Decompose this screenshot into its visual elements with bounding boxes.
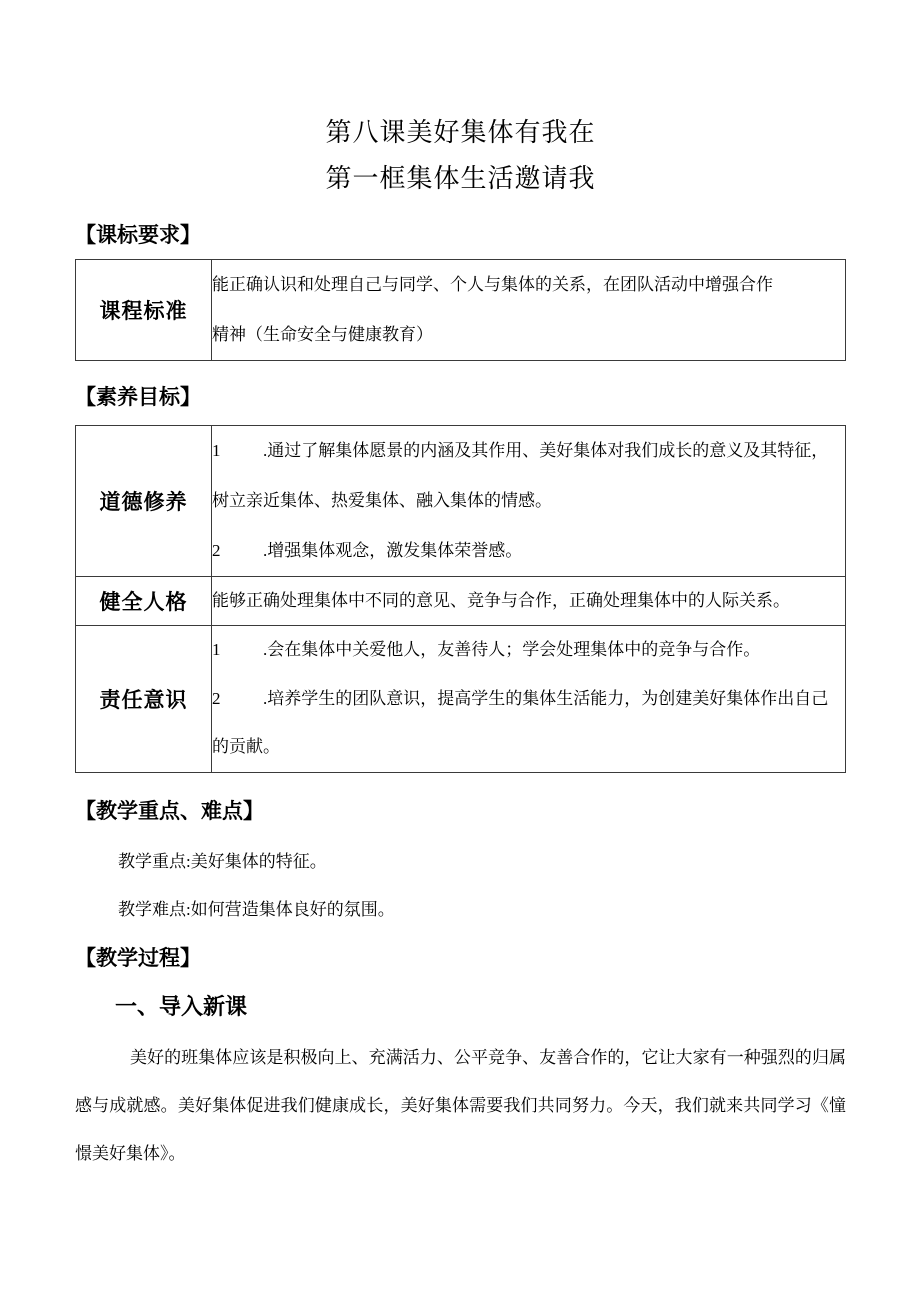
row-content-curriculum-standard: 能正确认识和处理自己与同学、个人与集体的关系，在团队活动中增强合作 精神（生命安…	[212, 260, 846, 361]
curriculum-standard-table: 课程标准 能正确认识和处理自己与同学、个人与集体的关系，在团队活动中增强合作 精…	[75, 259, 846, 361]
row-content-sound-personality: 能够正确处理集体中不同的意见、竞争与合作，正确处理集体中的人际关系。	[212, 577, 846, 626]
table-row: 责任意识 1 .会在集体中关爱他人，友善待人；学会处理集体中的竞争与合作。 2 …	[76, 626, 846, 773]
cell-line: 能够正确处理集体中不同的意见、竞争与合作，正确处理集体中的人际关系。	[212, 589, 845, 613]
row-content-moral-cultivation: 1 .通过了解集体愿景的内涵及其作用、美好集体对我们成长的意义及其特征， 树立亲…	[212, 426, 846, 577]
paragraph-line: 憬美好集体》。	[75, 1130, 846, 1178]
teaching-point-line: 教学重点:美好集体的特征。	[118, 838, 846, 886]
literacy-goals-table: 道德修养 1 .通过了解集体愿景的内涵及其作用、美好集体对我们成长的意义及其特征…	[75, 425, 846, 773]
document-page: 第八课美好集体有我在 第一框集体生活邀请我 【课标要求】 课程标准 能正确认识和…	[0, 0, 920, 1301]
paragraph-line: 感与成就感。美好集体促进我们健康成长，美好集体需要我们共同努力。今天，我们就来共…	[75, 1082, 846, 1130]
table-row: 道德修养 1 .通过了解集体愿景的内涵及其作用、美好集体对我们成长的意义及其特征…	[76, 426, 846, 577]
section-heading-curriculum: 【课标要求】	[75, 222, 846, 250]
row-content-responsibility: 1 .会在集体中关爱他人，友善待人；学会处理集体中的竞争与合作。 2 .培养学生…	[212, 626, 846, 773]
intro-paragraph: 美好的班集体应该是积极向上、充满活力、公平竞争、友善合作的，它让大家有一种强烈的…	[75, 1034, 846, 1178]
table-row: 健全人格 能够正确处理集体中不同的意见、竞争与合作，正确处理集体中的人际关系。	[76, 577, 846, 626]
cell-line: 的贡献。	[212, 723, 845, 772]
doc-title-line-2: 第一框集体生活邀请我	[75, 156, 846, 202]
step-one-heading: 一、导入新课	[115, 993, 846, 1021]
cell-line: 1 .通过了解集体愿景的内涵及其作用、美好集体对我们成长的意义及其特征，	[212, 426, 845, 476]
cell-line: 2 .培养学生的团队意识，提高学生的集体生活能力，为创建美好集体作出自己	[212, 675, 845, 724]
cell-line: 2 .增强集体观念，激发集体荣誉感。	[212, 526, 845, 576]
paragraph-line: 美好的班集体应该是积极向上、充满活力、公平竞争、友善合作的，它让大家有一种强烈的…	[75, 1034, 846, 1082]
teaching-difficulty-line: 教学难点:如何营造集体良好的氛围。	[118, 886, 846, 934]
row-label-moral-cultivation: 道德修养	[76, 426, 212, 577]
section-heading-focus: 【教学重点、难点】	[75, 798, 846, 826]
section-heading-process: 【教学过程】	[75, 945, 846, 973]
section-heading-literacy: 【素养目标】	[75, 384, 846, 412]
doc-title-line-1: 第八课美好集体有我在	[75, 110, 846, 156]
cell-line: 1 .会在集体中关爱他人，友善待人；学会处理集体中的竞争与合作。	[212, 626, 845, 675]
cell-line: 能正确认识和处理自己与同学、个人与集体的关系，在团队活动中增强合作	[212, 260, 845, 310]
row-label-sound-personality: 健全人格	[76, 577, 212, 626]
row-label-responsibility: 责任意识	[76, 626, 212, 773]
row-label-curriculum-standard: 课程标准	[76, 260, 212, 361]
document-content: 第八课美好集体有我在 第一框集体生活邀请我 【课标要求】 课程标准 能正确认识和…	[75, 0, 846, 1178]
table-row: 课程标准 能正确认识和处理自己与同学、个人与集体的关系，在团队活动中增强合作 精…	[76, 260, 846, 361]
cell-line: 精神（生命安全与健康教育）	[212, 310, 845, 360]
document-title: 第八课美好集体有我在 第一框集体生活邀请我	[75, 0, 846, 202]
cell-line: 树立亲近集体、热爱集体、融入集体的情感。	[212, 476, 845, 526]
